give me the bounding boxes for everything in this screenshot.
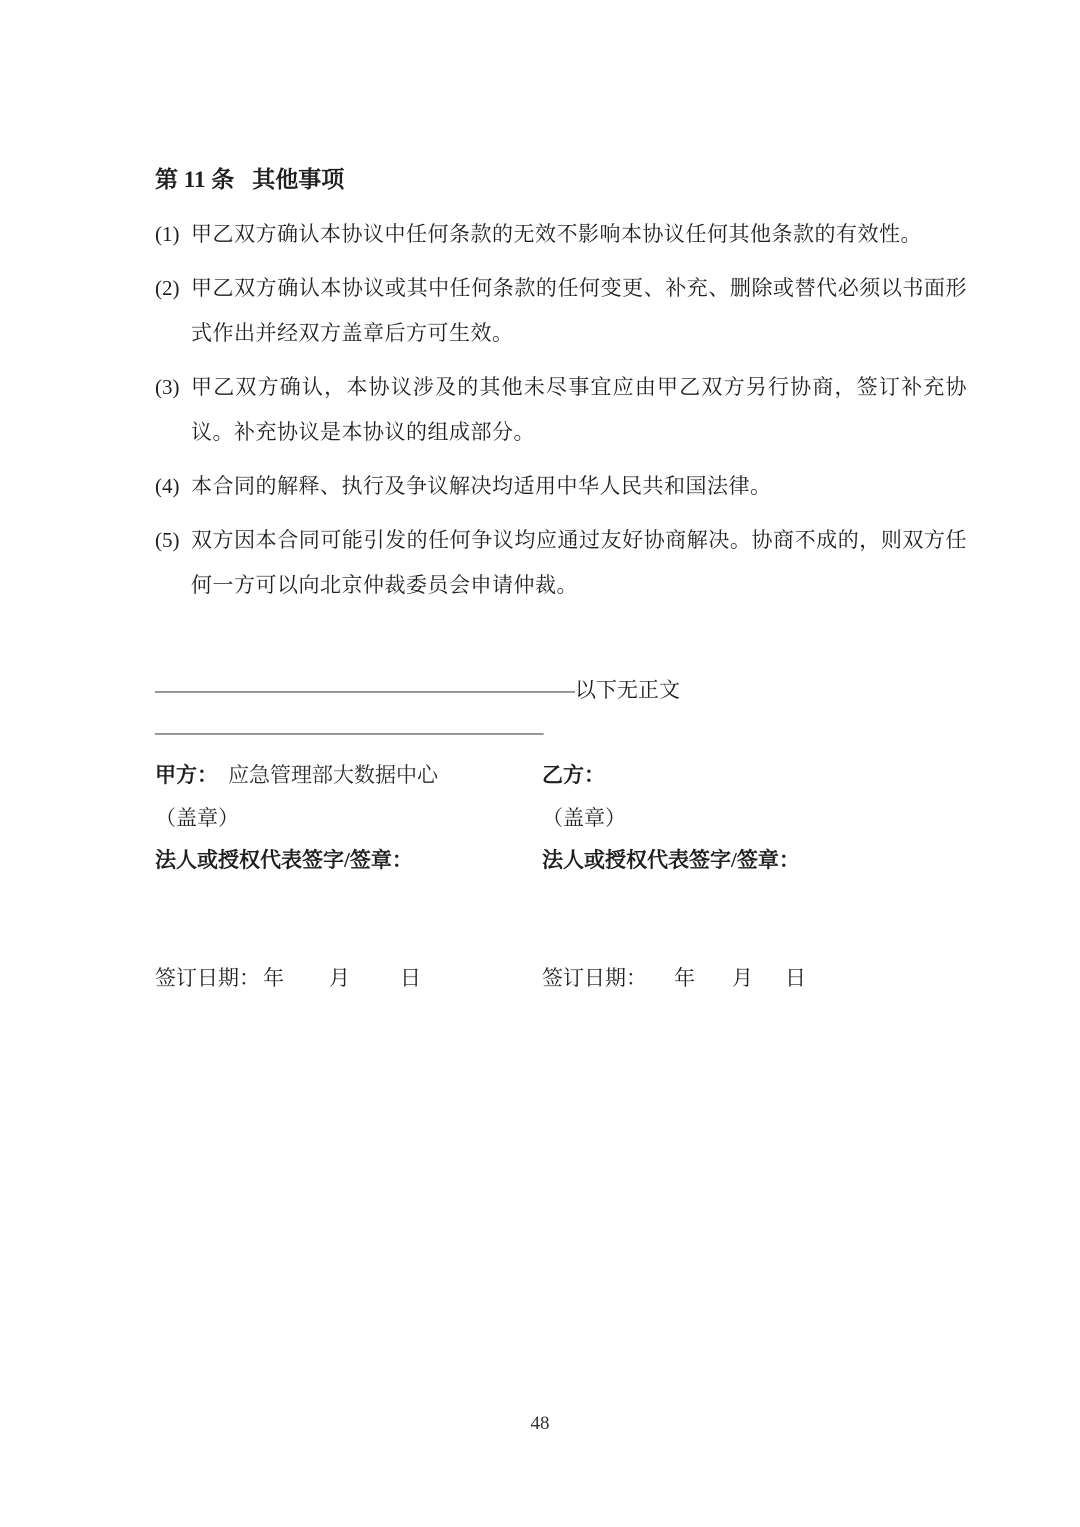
clause-number: (5) xyxy=(155,518,191,608)
party-a-cell: 甲方：应急管理部大数据中心 xyxy=(155,761,542,789)
signature-dates-row: 签订日期：年月日 签订日期：年月日 xyxy=(155,964,967,992)
clause-item-1: (1) 甲乙双方确认本协议中任何条款的无效不影响本协议任何其他条款的有效性。 xyxy=(155,212,967,257)
clause-item-3: (3) 甲乙双方确认，本协议涉及的其他未尽事宜应由甲乙双方另行协商，签订补充协议… xyxy=(155,365,967,455)
section-heading: 第 11 条其他事项 xyxy=(155,161,344,194)
signature-sign-labels-row: 法人或授权代表签字/签章： 法人或授权代表签字/签章： xyxy=(155,846,967,874)
end-of-text-label: 以下无正文 xyxy=(575,678,680,702)
clause-item-4: (4) 本合同的解释、执行及争议解决均适用中华人民共和国法律。 xyxy=(155,464,967,509)
clause-number: (3) xyxy=(155,365,191,455)
party-b-sign-label: 法人或授权代表签字/签章： xyxy=(542,846,967,874)
month-field: 月 xyxy=(329,966,350,990)
clause-list: (1) 甲乙双方确认本协议中任何条款的无效不影响本协议任何其他条款的有效性。 (… xyxy=(155,212,967,617)
signature-seals-row: （盖章） （盖章） xyxy=(155,804,967,832)
party-b-date-label: 签订日期： xyxy=(542,966,647,990)
article-title: 其他事项 xyxy=(252,167,344,192)
separator-line-2: ––––––––––––––––––––––––––––––––––––– xyxy=(155,718,544,746)
contract-document-page: 第 11 条其他事项 (1) 甲乙双方确认本协议中任何条款的无效不影响本协议任何… xyxy=(0,0,1080,1527)
party-a-seal: （盖章） xyxy=(155,804,542,832)
party-a-sign-label: 法人或授权代表签字/签章： xyxy=(155,846,542,874)
clause-text: 双方因本合同可能引发的任何争议均应通过友好协商解决。协商不成的，则双方任何一方可… xyxy=(191,518,967,608)
clause-text: 本合同的解释、执行及争议解决均适用中华人民共和国法律。 xyxy=(191,464,967,509)
page-number: 48 xyxy=(0,1413,1080,1435)
party-b-seal: （盖章） xyxy=(542,804,967,832)
day-field: 日 xyxy=(785,966,806,990)
clause-number: (1) xyxy=(155,212,191,257)
party-a-name: 应急管理部大数据中心 xyxy=(228,763,438,787)
clause-number: (2) xyxy=(155,266,191,356)
year-field: 年 xyxy=(263,966,284,990)
end-of-text-separator: ––––––––––––––––––––––––––––––––––––––––… xyxy=(155,676,680,704)
party-b-cell: 乙方： xyxy=(542,761,967,789)
clause-item-2: (2) 甲乙双方确认本协议或其中任何条款的任何变更、补充、删除或替代必须以书面形… xyxy=(155,266,967,356)
party-a-label: 甲方： xyxy=(155,763,218,787)
day-field: 日 xyxy=(400,966,421,990)
separator-dashes: –––––––––––––––––––––––––––––––––––––––– xyxy=(155,678,575,702)
party-b-label: 乙方： xyxy=(542,763,605,787)
clause-text: 甲乙双方确认本协议中任何条款的无效不影响本协议任何其他条款的有效性。 xyxy=(191,212,967,257)
article-number: 第 11 条 xyxy=(155,167,234,192)
party-a-date-label: 签订日期： xyxy=(155,966,260,990)
clause-number: (4) xyxy=(155,464,191,509)
signature-parties-row: 甲方：应急管理部大数据中心 乙方： xyxy=(155,761,967,789)
clause-text: 甲乙双方确认，本协议涉及的其他未尽事宜应由甲乙双方另行协商，签订补充协议。补充协… xyxy=(191,365,967,455)
clause-item-5: (5) 双方因本合同可能引发的任何争议均应通过友好协商解决。协商不成的，则双方任… xyxy=(155,518,967,608)
month-field: 月 xyxy=(732,966,753,990)
party-a-date: 签订日期：年月日 xyxy=(155,964,542,992)
clause-text: 甲乙双方确认本协议或其中任何条款的任何变更、补充、删除或替代必须以书面形式作出并… xyxy=(191,266,967,356)
year-field: 年 xyxy=(674,966,695,990)
party-b-date: 签订日期：年月日 xyxy=(542,964,967,992)
